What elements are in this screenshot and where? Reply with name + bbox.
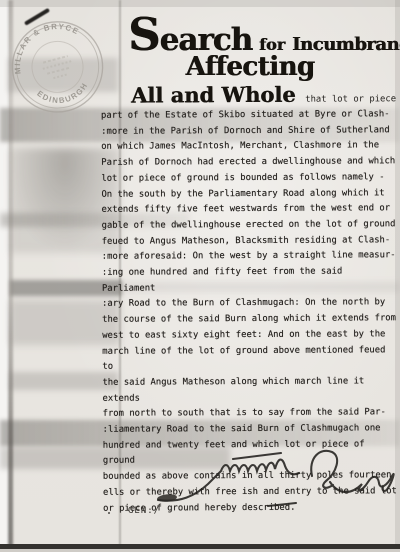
opening-phrase: All and Whole	[131, 82, 296, 108]
opening-line: All and Whole that lot or piece of groun…	[101, 83, 398, 106]
document-subtitle: Affecting	[130, 52, 370, 82]
top-edge-shade	[0, 0, 400, 7]
embossed-seal: MILLAR & BRYCE EDINBURGH	[0, 5, 117, 125]
scanned-document-page: MILLAR & BRYCE EDINBURGH Search for Incu…	[0, 0, 400, 552]
opening-rest-text: that lot or piece of ground	[305, 94, 400, 105]
seal-top-arc-text: MILLAR & BRYCE	[3, 15, 88, 76]
seal-illegible-center-lines	[41, 56, 74, 81]
seal-bottom-arc-text: EDINBURGH	[34, 76, 93, 111]
handwritten-signature	[140, 446, 400, 518]
footer-reference: GEN:/	[128, 506, 160, 516]
